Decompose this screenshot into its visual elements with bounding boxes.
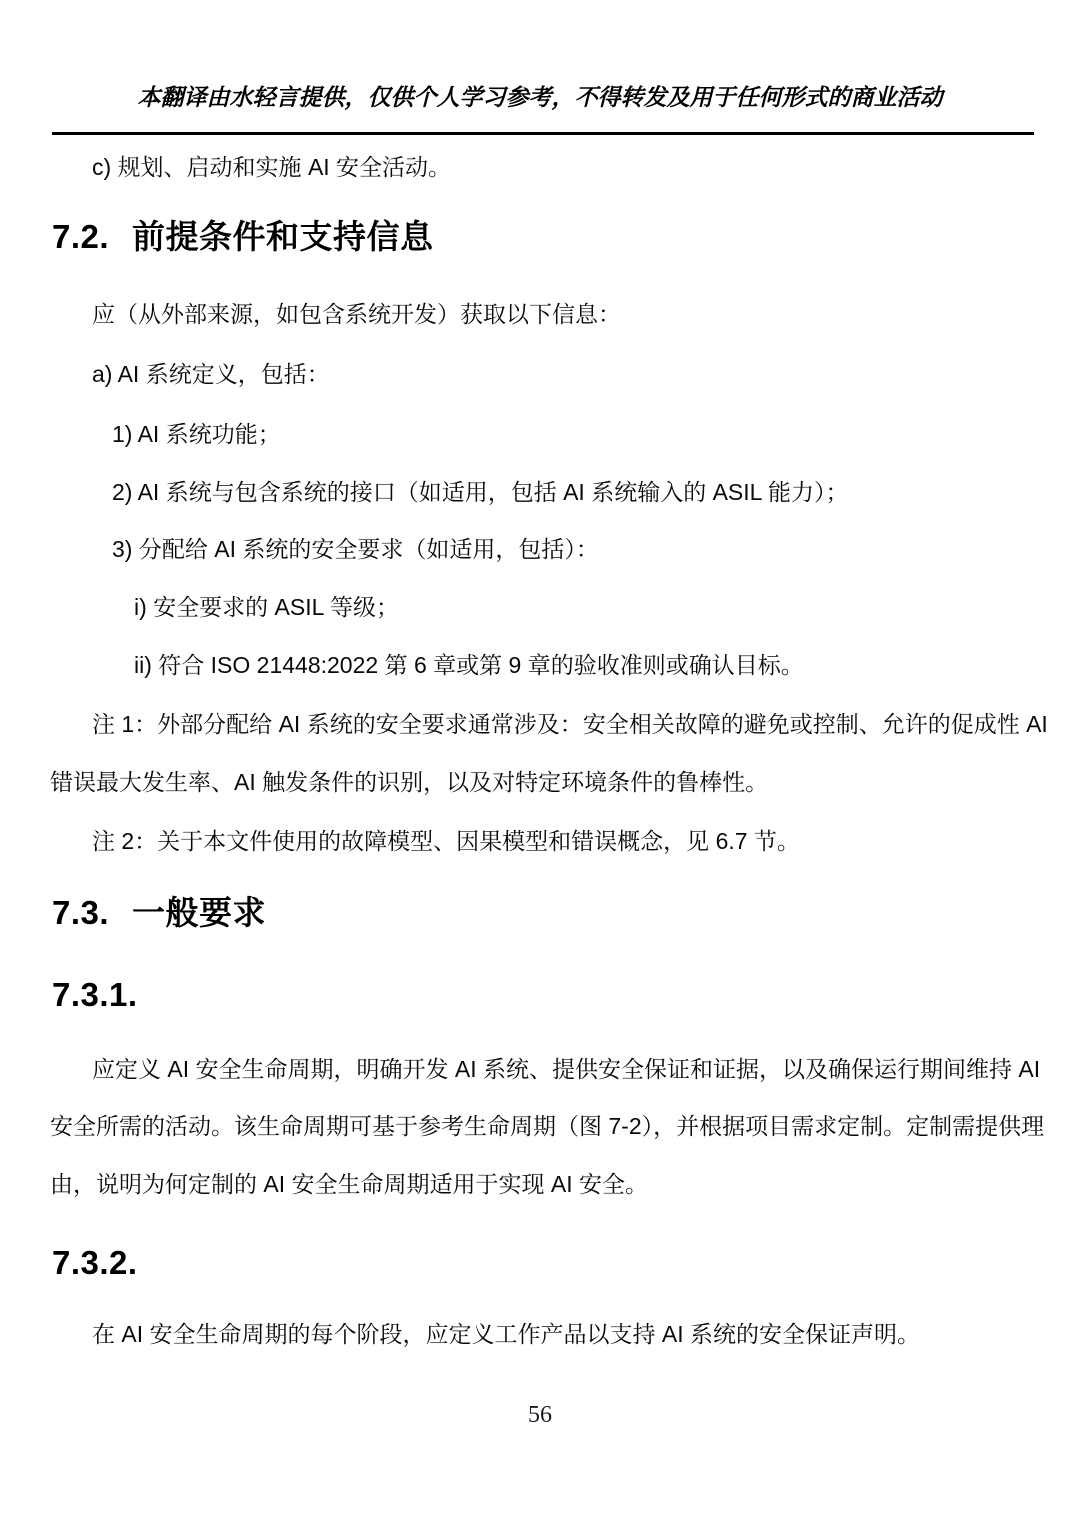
- section-heading-7-2: 7.2.前提条件和支持信息: [52, 218, 434, 256]
- intro-paragraph: 应（从外部来源，如包含系统开发）获取以下信息：: [92, 301, 621, 327]
- list-item-a: a) AI 系统定义，包括：: [92, 361, 330, 387]
- section-number-7-3: 7.3.: [52, 894, 109, 931]
- list-item-ii: ii) 符合 ISO 21448:2022 第 6 章或第 9 章的验收准则或确…: [134, 652, 804, 678]
- section-heading-7-3: 7.3.一般要求: [52, 894, 266, 932]
- list-item-c: c) 规划、启动和实施 AI 安全活动。: [92, 154, 451, 180]
- paragraph-731-line-1: 应定义 AI 安全生命周期，明确开发 AI 系统、提供安全保证和证据，以及确保运…: [92, 1056, 1040, 1082]
- paragraph-732: 在 AI 安全生命周期的每个阶段，应定义工作产品以支持 AI 系统的安全保证声明…: [92, 1321, 920, 1347]
- paragraph-731-line-3: 由，说明为何定制的 AI 安全生命周期适用于实现 AI 安全。: [50, 1171, 648, 1197]
- document-page: 本翻译由水轻言提供，仅供个人学习参考，不得转发及用于任何形式的商业活动 c) 规…: [0, 0, 1080, 1527]
- section-heading-7-3-1: 7.3.1.: [52, 976, 138, 1014]
- list-item-i: i) 安全要求的 ASIL 等级；: [134, 594, 399, 620]
- section-title-7-2: 前提条件和支持信息: [132, 218, 434, 255]
- paragraph-731-line-2: 安全所需的活动。该生命周期可基于参考生命周期（图 7-2），并根据项目需求定制。…: [50, 1113, 1044, 1139]
- list-item-1: 1) AI 系统功能；: [112, 421, 281, 447]
- section-title-7-3: 一般要求: [132, 894, 266, 931]
- note-1-line-2: 错误最大发生率、AI 触发条件的识别，以及对特定环境条件的鲁棒性。: [50, 769, 768, 795]
- section-heading-7-3-2: 7.3.2.: [52, 1244, 138, 1282]
- list-item-3: 3) 分配给 AI 系统的安全要求（如适用，包括）：: [112, 536, 599, 562]
- note-1-line-1: 注 1：外部分配给 AI 系统的安全要求通常涉及：安全相关故障的避免或控制、允许…: [92, 711, 1048, 737]
- page-number: 56: [0, 1402, 1080, 1428]
- header-divider: [52, 132, 1034, 135]
- note-2: 注 2：关于本文件使用的故障模型、因果模型和错误概念，见 6.7 节。: [92, 828, 800, 854]
- section-number-7-2: 7.2.: [52, 218, 109, 255]
- translation-notice: 本翻译由水轻言提供，仅供个人学习参考，不得转发及用于任何形式的商业活动: [0, 84, 1080, 112]
- list-item-2: 2) AI 系统与包含系统的接口（如适用，包括 AI 系统输入的 ASIL 能力…: [112, 479, 849, 505]
